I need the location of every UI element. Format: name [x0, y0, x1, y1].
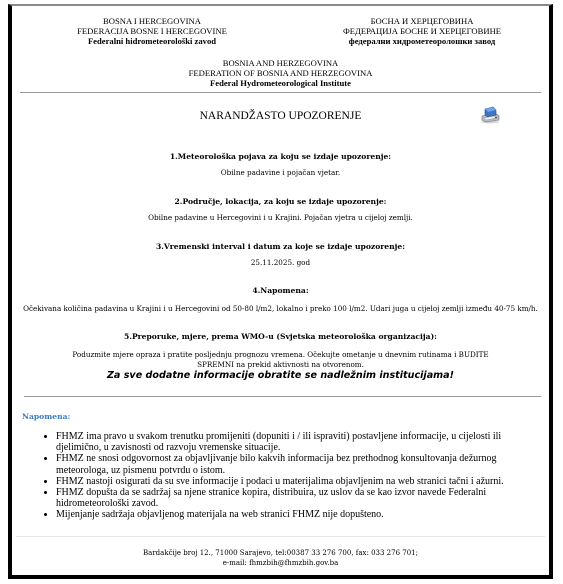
section-3-heading: 3.Vremenski interval i datum za koje se … [12, 242, 549, 251]
section-2-heading: 2.Područje, lokacija, za koju se izdaje … [12, 197, 549, 206]
header-institute-cyrillic: федерални хидрометеоролошки завод [312, 36, 532, 46]
header-federation-english: FEDERATION OF BOSNIA AND HERZEGOVINA [12, 68, 549, 78]
section-2-text: Obilne padavine u Hercegovini i u Krajin… [12, 213, 549, 223]
notes-item: FHMZ dopušta da se sadržaj sa njene stra… [56, 487, 546, 509]
section-1-heading: 1.Meteorološka pojava za koju se izdaje … [12, 152, 549, 161]
header-country-english: BOSNIA AND HERZEGOVINA [12, 58, 549, 68]
contact-callout: Za sve dodatne informacije obratite se n… [12, 370, 549, 381]
header-country-cyrillic: БОСНА И ХЕРЦЕГОВИНА [312, 16, 532, 26]
notes-item: Mijenjanje sadržaja objavljenog materija… [56, 509, 546, 520]
header-institute-english: Federal Hydrometeorological Institute [12, 78, 549, 88]
notes-item: FHMZ ima pravo u svakom trenutku promije… [56, 431, 546, 453]
header-local-cyrillic: БОСНА И ХЕРЦЕГОВИНА ФЕДЕРАЦИЈА БОСНЕ И Х… [312, 16, 532, 46]
printer-icon[interactable] [479, 106, 501, 124]
header-country: BOSNA I HERCEGOVINA [52, 16, 252, 26]
notes-list: FHMZ ima pravo u svakom trenutku promije… [44, 431, 546, 521]
header-federation: FEDERACIJA BOSNE I HERCEGOVINE [52, 26, 252, 36]
warning-title: NARANDŽASTO UPOZORENJE [12, 110, 549, 122]
footer-email[interactable]: e-mail: fhmzbih@fhmzbih.gov.ba [12, 558, 549, 568]
header-local-latin: BOSNA I HERCEGOVINA FEDERACIJA BOSNE I H… [52, 16, 252, 46]
header-institute: Federalni hidrometeorološki zavod [52, 36, 252, 46]
footer-divider [16, 536, 545, 537]
section-4-heading: 4.Napomena: [12, 286, 549, 295]
section-3-date: 25.11.2025. god [12, 258, 549, 268]
section-5-heading: 5.Preporuke, mjere, prema WMO-u (Svjetsk… [12, 332, 549, 341]
document-frame: BOSNA I HERCEGOVINA FEDERACIJA BOSNE I H… [8, 4, 553, 579]
section-1-text: Obilne padavine i pojačan vjetar. [12, 168, 549, 178]
notes-item: FHMZ ne snosi odgovornost za objavljivan… [56, 453, 546, 475]
header-federation-cyrillic: ФЕДЕРАЦИЈА БОСНЕ И ХЕРЦЕГОВИНЕ [312, 26, 532, 36]
notes-heading: Napomena: [22, 412, 70, 421]
header-divider [20, 92, 541, 93]
footer-address: Bardakčije broj 12., 71000 Sarajevo, tel… [12, 548, 549, 558]
section-divider [24, 396, 541, 397]
footer: Bardakčije broj 12., 71000 Sarajevo, tel… [12, 548, 549, 568]
header-english: BOSNIA AND HERZEGOVINA FEDERATION OF BOS… [12, 58, 549, 88]
notes-item: FHMZ nastoji osigurati da su sve informa… [56, 476, 546, 487]
section-4-text: Očekivana količina padavina u Krajini i … [12, 304, 549, 314]
section-5-text: Poduzmite mjere opraza i pratite posljed… [62, 350, 499, 370]
